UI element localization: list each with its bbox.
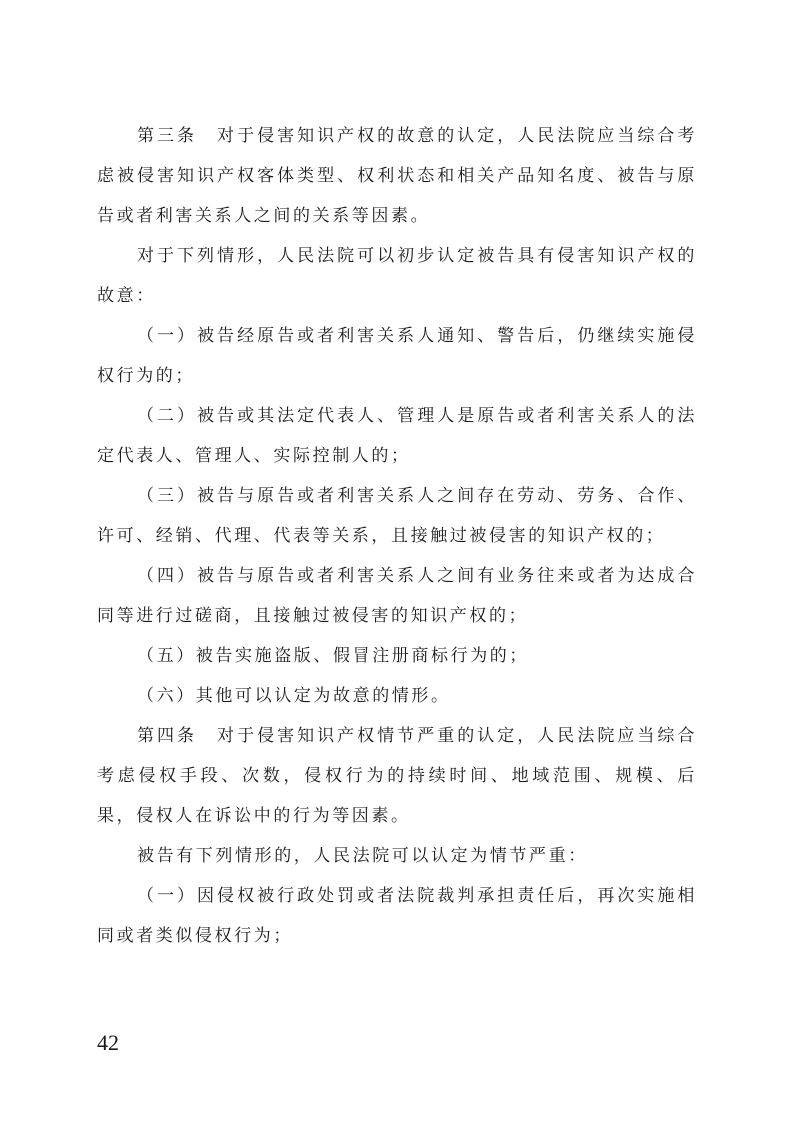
intent-list-item-3: （三）被告与原告或者利害关系人之间存在劳动、劳务、合作、许可、经销、代理、代表等… [97,476,697,556]
article-4-paragraph: 第四条 对于侵害知识产权情节严重的认定，人民法院应当综合考虑侵权手段、次数，侵权… [97,716,697,836]
serious-list-intro: 被告有下列情形的，人民法院可以认定为情节严重： [97,836,697,876]
intent-list-item-2: （二）被告或其法定代表人、管理人是原告或者利害关系人的法定代表人、管理人、实际控… [97,396,697,476]
intent-list-item-4: （四）被告与原告或者利害关系人之间有业务往来或者为达成合同等进行过磋商，且接触过… [97,556,697,636]
intent-list-intro: 对于下列情形，人民法院可以初步认定被告具有侵害知识产权的故意： [97,236,697,316]
intent-list-item-6: （六）其他可以认定为故意的情形。 [97,676,697,716]
serious-list-item-1: （一）因侵权被行政处罚或者法院裁判承担责任后，再次实施相同或者类似侵权行为； [97,876,697,956]
article-3-paragraph: 第三条 对于侵害知识产权的故意的认定，人民法院应当综合考虑被侵害知识产权客体类型… [97,116,697,236]
intent-list-item-1: （一）被告经原告或者利害关系人通知、警告后，仍继续实施侵权行为的； [97,316,697,396]
page-number: 42 [97,1030,119,1056]
document-body: 第三条 对于侵害知识产权的故意的认定，人民法院应当综合考虑被侵害知识产权客体类型… [97,116,697,956]
intent-list-item-5: （五）被告实施盗版、假冒注册商标行为的； [97,636,697,676]
